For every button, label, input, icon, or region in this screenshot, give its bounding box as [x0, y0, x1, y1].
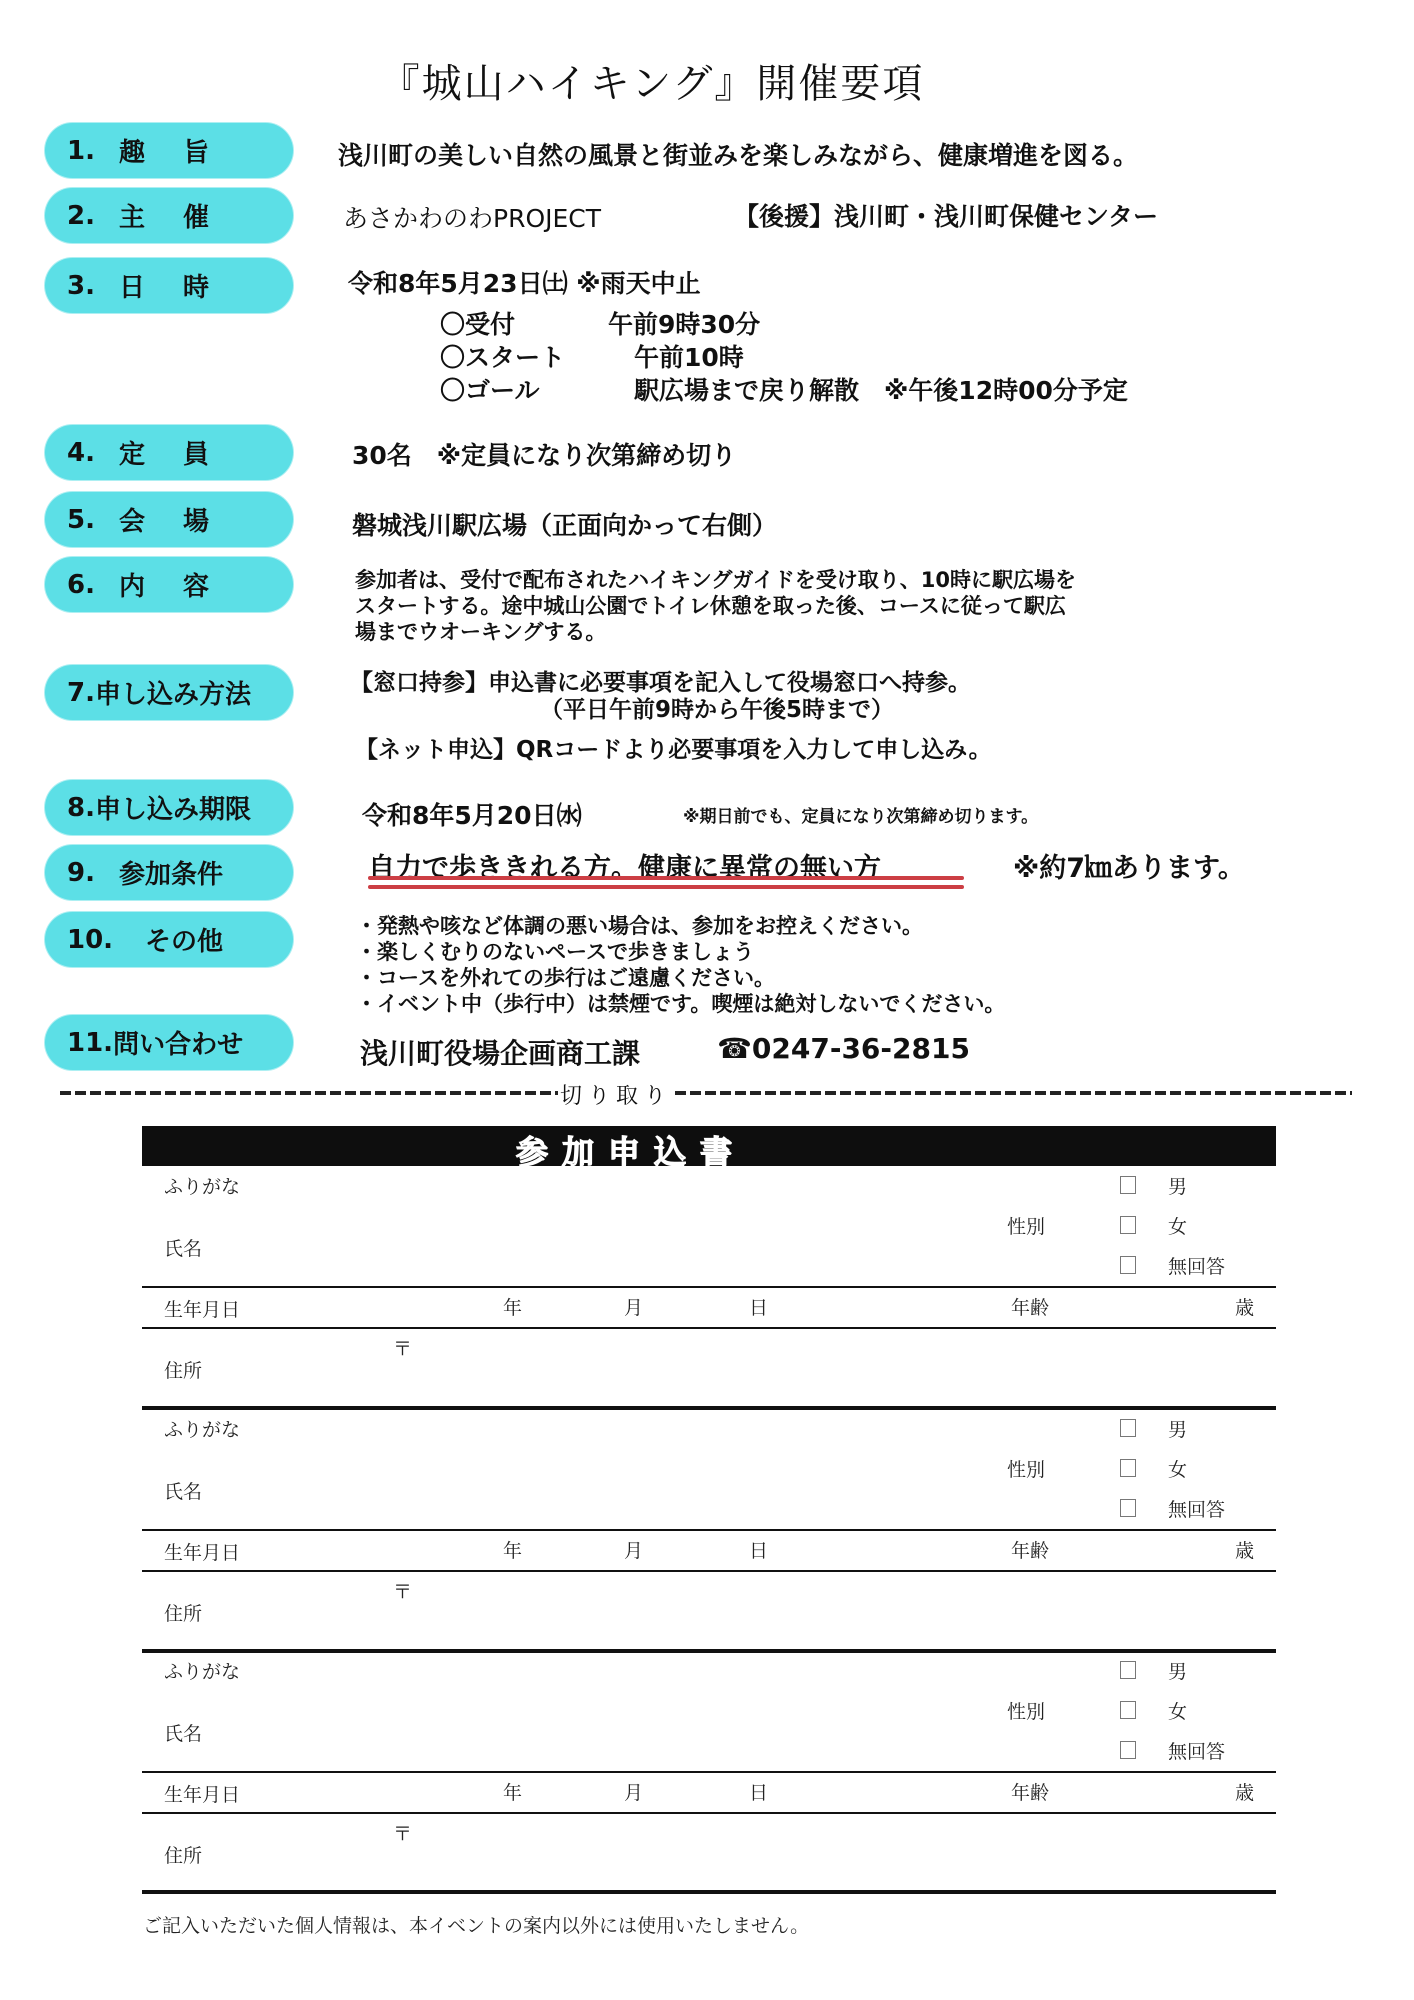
details-line-2: スタートする。途中城山公園でトイレ休憩を取った後、コースに従って駅広 — [355, 593, 1066, 619]
section-title: 主 催 — [119, 197, 215, 234]
gender-noanswer-label: 無回答 — [1168, 1737, 1225, 1764]
section-number: 2. — [67, 201, 119, 231]
phone-icon: ☎ — [717, 1032, 752, 1065]
postal-mark: 〒 — [393, 1334, 412, 1361]
row-divider — [142, 1286, 1276, 1288]
cut-line-label: 切り取り — [558, 1079, 674, 1110]
other-line-4: ・イベント中（歩行中）は禁煙です。喫煙は絶対しないでください。 — [356, 991, 1005, 1017]
age-unit-label: 歳 — [1235, 1293, 1254, 1320]
row-divider — [142, 1327, 1276, 1329]
section-number: 7. — [67, 678, 95, 708]
contact-office: 浅川町役場企画商工課 — [360, 1032, 640, 1072]
section-label-conditions: 9.参加条件 — [45, 845, 293, 900]
section-title: 内 容 — [119, 566, 215, 603]
entry-divider — [142, 1406, 1276, 1410]
schedule-item-goal: 〇ゴール — [440, 371, 540, 407]
schedule-item-start: 〇スタート — [440, 338, 565, 374]
section-number: 3. — [67, 271, 119, 301]
gender-female-checkbox[interactable] — [1120, 1701, 1136, 1719]
year-label: 年 — [503, 1293, 522, 1320]
section-number: 9. — [67, 858, 119, 888]
page-title: 『城山ハイキング』開催要項 — [0, 52, 1414, 109]
schedule-item-reception: 〇受付 — [440, 305, 515, 341]
section-label-other: 10.その他 — [45, 912, 293, 967]
month-label: 月 — [624, 1778, 643, 1805]
age-label: 年齢 — [1011, 1778, 1049, 1805]
schedule-time-reception: 午前9時30分 — [608, 305, 760, 341]
birthdate-label: 生年月日 — [164, 1538, 240, 1565]
capacity-text: 30名 ※定員になり次第締め切り — [352, 436, 736, 472]
gender-male-checkbox[interactable] — [1120, 1661, 1136, 1679]
name-label: 氏名 — [164, 1477, 202, 1504]
section-label-contact: 11.問い合わせ — [45, 1015, 293, 1070]
birthdate-label: 生年月日 — [164, 1295, 240, 1322]
section-title: 会 場 — [119, 501, 215, 538]
section-label-purpose: 1.趣 旨 — [45, 123, 293, 178]
gender-label: 性別 — [1007, 1455, 1045, 1482]
furigana-label: ふりがな — [164, 1657, 240, 1684]
gender-male-checkbox[interactable] — [1120, 1419, 1136, 1437]
gender-noanswer-checkbox[interactable] — [1120, 1256, 1136, 1274]
age-label: 年齢 — [1011, 1293, 1049, 1320]
day-label: 日 — [749, 1778, 768, 1805]
year-label: 年 — [503, 1536, 522, 1563]
name-label: 氏名 — [164, 1719, 202, 1746]
details-line-3: 場までウオーキングする。 — [355, 619, 606, 645]
address-label: 住所 — [164, 1841, 202, 1868]
gender-male-label: 男 — [1168, 1415, 1187, 1442]
gender-female-checkbox[interactable] — [1120, 1459, 1136, 1477]
conditions-underline — [368, 876, 964, 880]
page-title-text: 『城山ハイキング』開催要項 — [380, 52, 925, 109]
section-title: 申し込み期限 — [95, 789, 251, 826]
furigana-label: ふりがな — [164, 1415, 240, 1442]
gender-noanswer-checkbox[interactable] — [1120, 1499, 1136, 1517]
gender-female-label: 女 — [1168, 1455, 1187, 1482]
section-label-details: 6.内 容 — [45, 557, 293, 612]
deadline-note: ※期日前でも、定員になり次第締め切ります。 — [683, 802, 1038, 827]
section-label-capacity: 4.定 員 — [45, 425, 293, 480]
gender-female-label: 女 — [1168, 1212, 1187, 1239]
deadline-date: 令和8年5月20日㈬ — [362, 796, 582, 832]
postal-mark: 〒 — [393, 1577, 412, 1604]
section-title: 問い合わせ — [113, 1024, 243, 1061]
section-title: 趣 旨 — [119, 132, 215, 169]
row-divider — [142, 1570, 1276, 1572]
entry-divider — [142, 1890, 1276, 1894]
details-line-1: 参加者は、受付で配布されたハイキングガイドを受け取り、10時に駅広場を — [355, 567, 1076, 593]
section-number: 8. — [67, 793, 95, 823]
gender-label: 性別 — [1007, 1212, 1045, 1239]
postal-mark: 〒 — [393, 1819, 412, 1846]
address-label: 住所 — [164, 1356, 202, 1383]
section-number: 10. — [67, 925, 145, 955]
form-title: 参加申込書 — [516, 1127, 746, 1173]
row-divider — [142, 1771, 1276, 1773]
gender-female-label: 女 — [1168, 1697, 1187, 1724]
section-number: 4. — [67, 438, 119, 468]
sponsor-text: 【後援】浅川町・浅川町保健センター — [734, 197, 1158, 233]
day-label: 日 — [749, 1536, 768, 1563]
other-line-3: ・コースを外れての歩行はご遠慮ください。 — [356, 965, 775, 991]
gender-male-checkbox[interactable] — [1120, 1176, 1136, 1194]
other-line-2: ・楽しくむりのないペースで歩きましょう — [356, 939, 754, 965]
schedule-time-goal: 駅広場まで戻り解散 ※午後12時00分予定 — [634, 371, 1128, 407]
section-label-datetime: 3.日 時 — [45, 258, 293, 313]
section-title: 定 員 — [119, 434, 215, 471]
furigana-label: ふりがな — [164, 1172, 240, 1199]
organizer-text: あさかわのわPROJECT — [343, 199, 601, 235]
gender-label: 性別 — [1007, 1697, 1045, 1724]
section-title: 参加条件 — [119, 854, 223, 891]
gender-male-label: 男 — [1168, 1172, 1187, 1199]
row-divider — [142, 1529, 1276, 1531]
month-label: 月 — [624, 1293, 643, 1320]
gender-noanswer-label: 無回答 — [1168, 1495, 1225, 1522]
section-title: その他 — [145, 921, 223, 958]
year-label: 年 — [503, 1778, 522, 1805]
schedule-time-start: 午前10時 — [634, 338, 744, 374]
day-label: 日 — [749, 1293, 768, 1320]
section-label-deadline: 8.申し込み期限 — [45, 780, 293, 835]
contact-phone: ☎0247-36-2815 — [717, 1032, 970, 1065]
gender-male-label: 男 — [1168, 1657, 1187, 1684]
application-window-hours: （平日午前9時から午後5時まで） — [540, 697, 894, 723]
other-line-1: ・発熱や咳など体調の悪い場合は、参加をお控えください。 — [356, 913, 923, 939]
address-label: 住所 — [164, 1599, 202, 1626]
section-number: 5. — [67, 505, 119, 535]
section-title: 申し込み方法 — [95, 674, 251, 711]
age-unit-label: 歳 — [1235, 1778, 1254, 1805]
section-number: 11. — [67, 1028, 113, 1058]
application-online: 【ネット申込】QRコードより必要事項を入力して申し込み。 — [355, 737, 992, 763]
section-label-organizer: 2.主 催 — [45, 188, 293, 243]
birthdate-label: 生年月日 — [164, 1780, 240, 1807]
section-number: 1. — [67, 136, 119, 166]
purpose-text: 浅川町の美しい自然の風景と街並みを楽しみながら、健康増進を図る。 — [338, 136, 1138, 172]
name-label: 氏名 — [164, 1234, 202, 1261]
row-divider — [142, 1812, 1276, 1814]
application-window: 【窓口持参】申込書に必要事項を記入して役場窓口へ持参。 — [350, 670, 971, 696]
privacy-note: ご記入いただいた個人情報は、本イベントの案内以外には使用いたしません。 — [143, 1911, 809, 1938]
section-title: 日 時 — [119, 267, 215, 304]
cut-line — [60, 1091, 1352, 1095]
section-label-venue: 5.会 場 — [45, 492, 293, 547]
phone-number: 0247-36-2815 — [752, 1032, 970, 1065]
section-number: 6. — [67, 570, 119, 600]
form-header: 参加申込書 — [142, 1126, 1276, 1166]
conditions-note: ※約7㎞あります。 — [1013, 846, 1245, 885]
event-date: 令和8年5月23日㈯ ※雨天中止 — [348, 264, 701, 300]
gender-noanswer-label: 無回答 — [1168, 1252, 1225, 1279]
month-label: 月 — [624, 1536, 643, 1563]
age-label: 年齢 — [1011, 1536, 1049, 1563]
venue-text: 磐城浅川駅広場（正面向かって右側） — [352, 506, 777, 542]
gender-female-checkbox[interactable] — [1120, 1216, 1136, 1234]
conditions-underline — [368, 885, 964, 889]
age-unit-label: 歳 — [1235, 1536, 1254, 1563]
entry-divider — [142, 1649, 1276, 1653]
section-label-application-method: 7.申し込み方法 — [45, 665, 293, 720]
gender-noanswer-checkbox[interactable] — [1120, 1741, 1136, 1759]
